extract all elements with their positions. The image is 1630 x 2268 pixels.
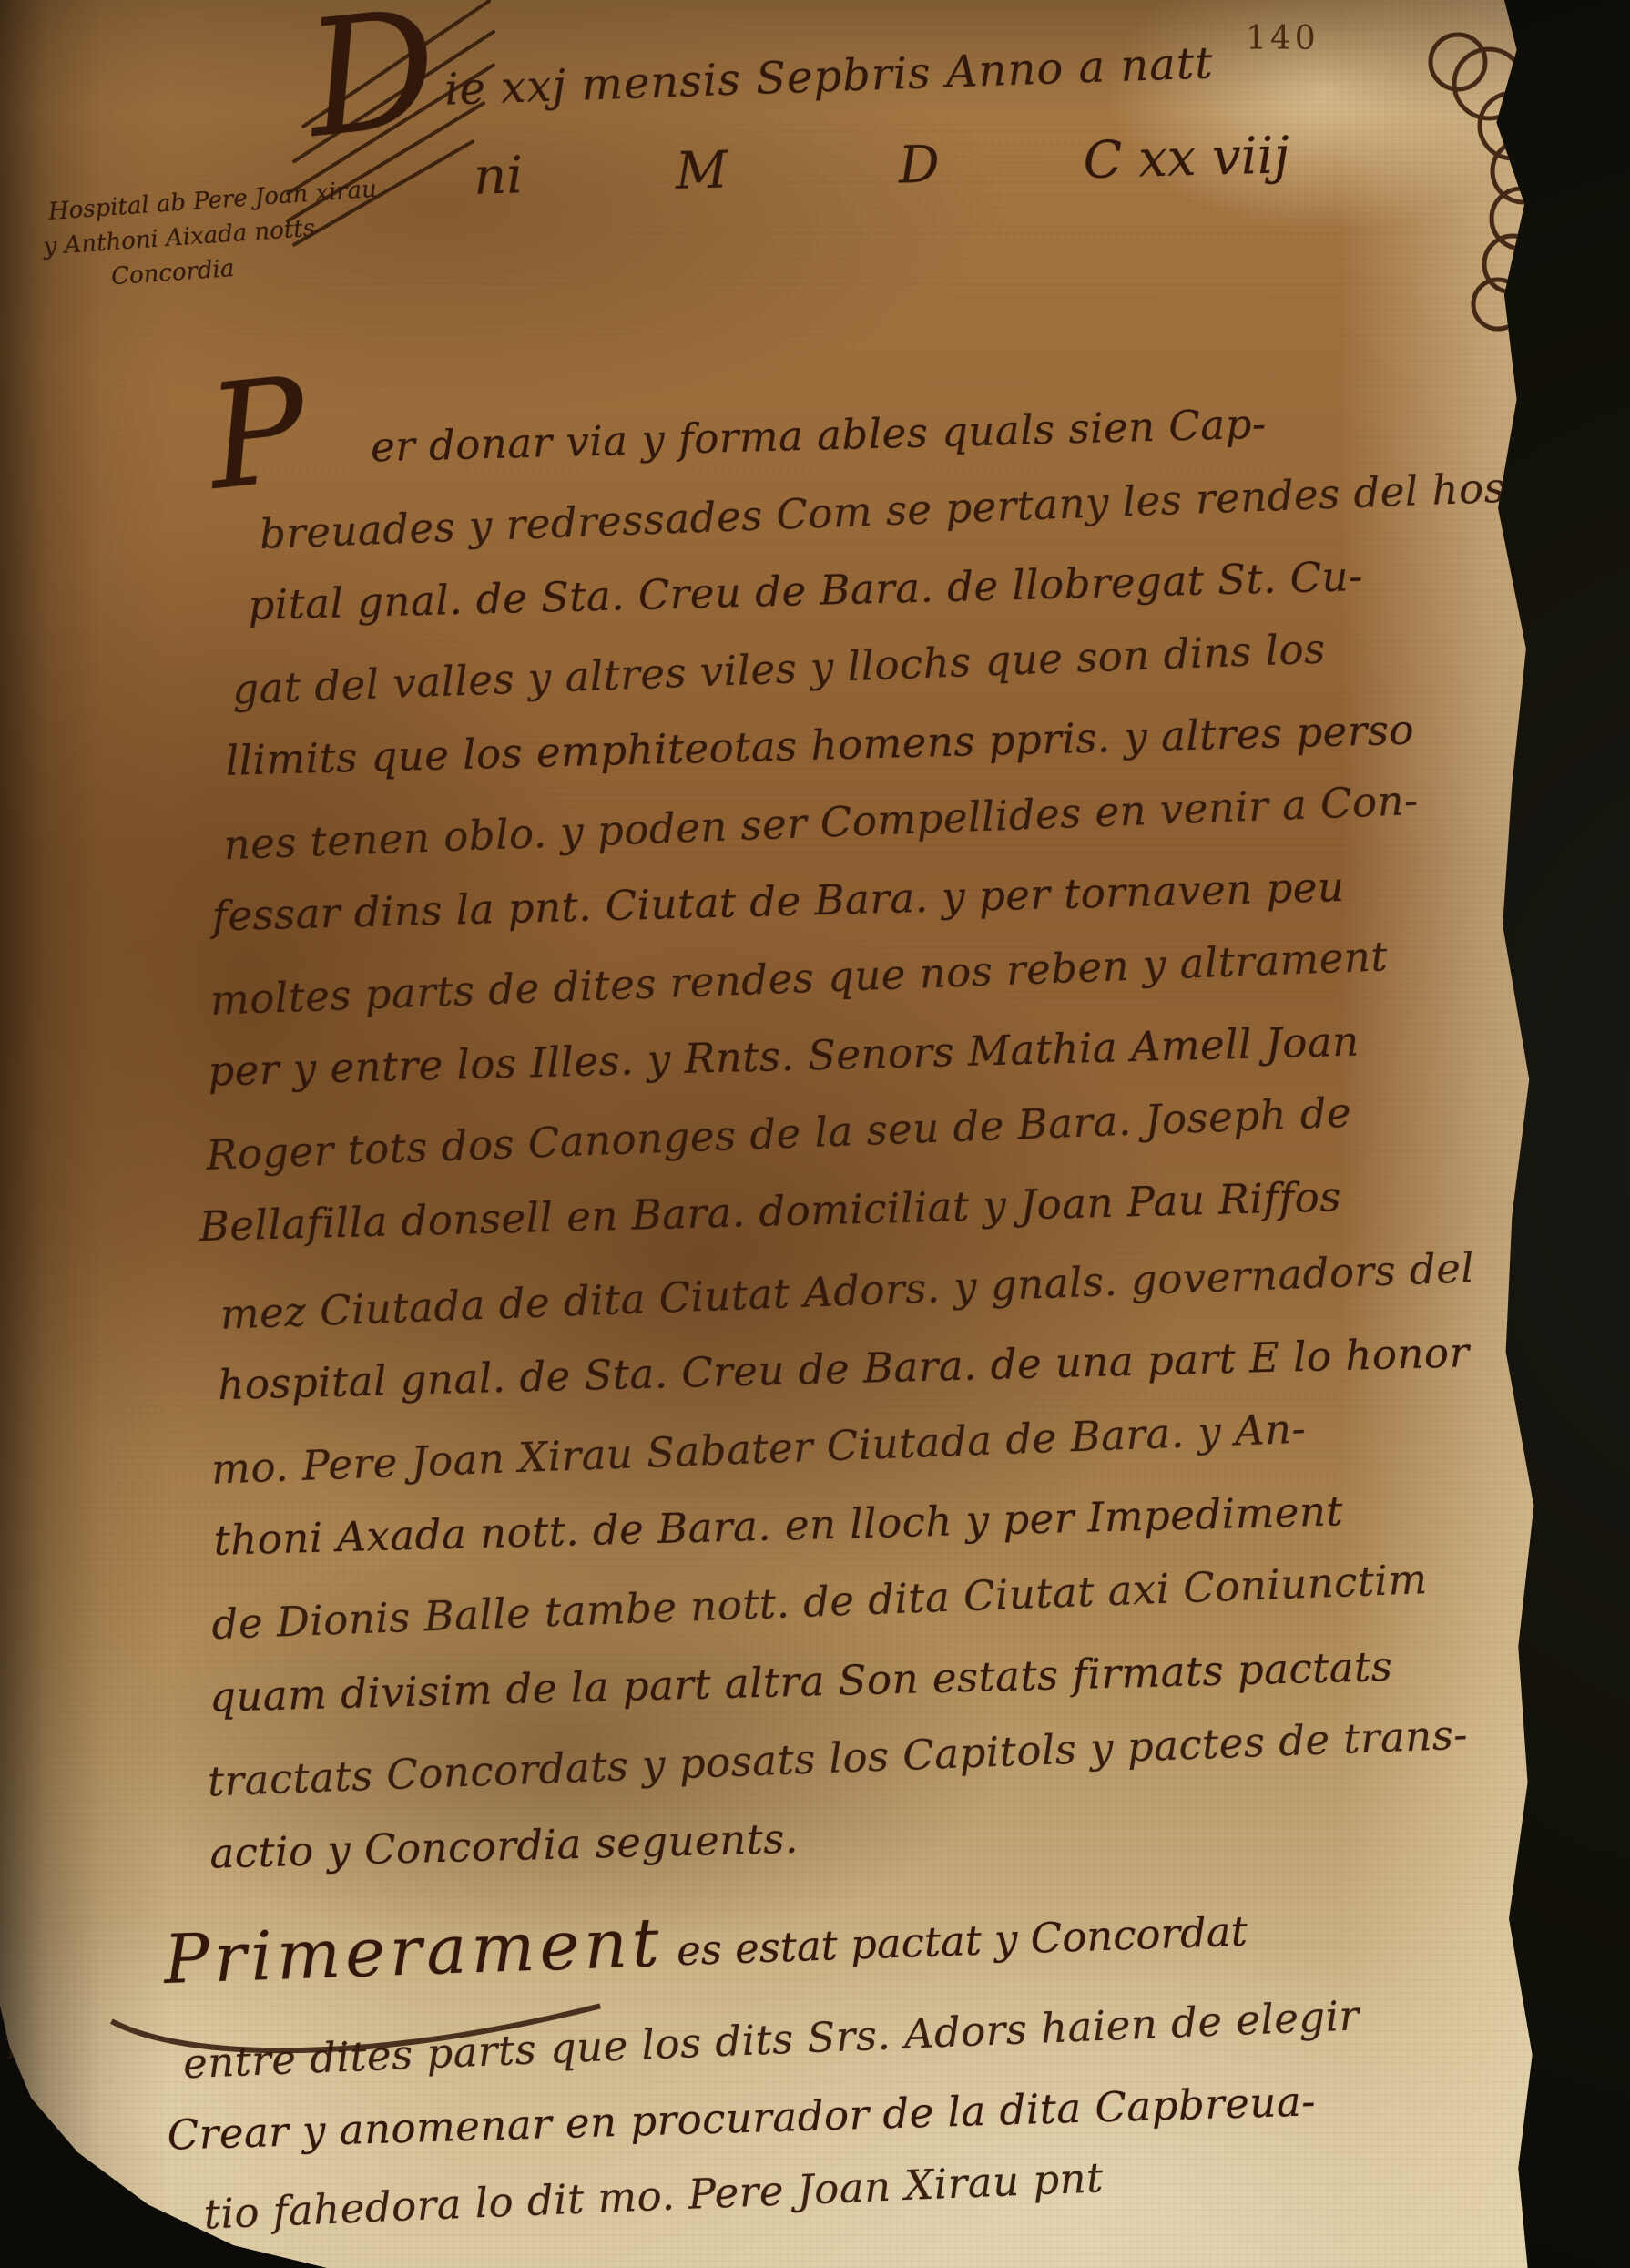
- margin-note-line: Concordia: [110, 255, 235, 291]
- body-line: breuades y redressades Com se pertany le…: [259, 463, 1521, 558]
- header-word-d: D: [898, 135, 941, 195]
- manuscript-photo: 1 140 D ie xxj mensis Sepbris Anno: [0, 0, 1630, 2268]
- header-line-1: ie xxj mensis Sepbris Anno a natt: [443, 37, 1214, 115]
- date-header: D ie xxj mensis Sepbris Anno a natt ni M…: [291, 7, 1439, 244]
- body-line: mo. Pere Joan Xirau Sabater Ciutada de B…: [210, 1405, 1307, 1494]
- body-line: mez Ciutada de dita Ciutat Adors. y gnal…: [219, 1243, 1475, 1339]
- manuscript-page: 140 D ie xxj mensis Sepbris Anno a natt: [0, 0, 1557, 2268]
- body-line: fessar dins la pnt. Ciutat de Bara. y pe…: [211, 863, 1345, 941]
- header-word-year: C xx viij: [1083, 126, 1290, 190]
- body-line: nes tenen oblo. y poden ser Compellides …: [223, 776, 1420, 869]
- body-line: Roger tots dos Canonges de la seu de Bar…: [205, 1088, 1352, 1180]
- para2-lead-word: Primerament: [163, 1904, 665, 1999]
- para2-line: tio fahedora lo dit mo. Pere Joan Xirau …: [203, 2153, 1105, 2238]
- body-line: Bellafilla donsell en Bara. domiciliat y…: [199, 1172, 1341, 1251]
- para2-lead-rest: es estat pactat y Concordat: [663, 1906, 1248, 1975]
- body-line: de Dionis Balle tambe nott. de dita Ciut…: [211, 1555, 1429, 1649]
- body-line: pital gnal. de Sta. Creu de Bara. de llo…: [248, 552, 1364, 629]
- body-paragraph: P er donar via y forma ables quals sien …: [137, 350, 1465, 392]
- para2-line: Crear y anomenar en procurador de la dit…: [167, 2077, 1317, 2159]
- body-line: per y entre los Illes. y Rnts. Senors Ma…: [208, 1017, 1360, 1095]
- body-line: er donar via y forma ables quals sien Ca…: [370, 400, 1267, 472]
- body-line: thoni Axada nott. de Bara. en lloch y pe…: [213, 1486, 1344, 1564]
- flourished-initial-d: D: [300, 0, 444, 161]
- para2-lead-line: Primerament es estat pactat y Concordat: [163, 1883, 1248, 1998]
- header-line-2: ni M D C xx viij: [473, 126, 1290, 206]
- body-line: gat del valles y altres viles y llochs q…: [231, 624, 1326, 713]
- header-word-m: M: [675, 140, 728, 200]
- body-line: actio y Concordia seguents.: [209, 1814, 800, 1878]
- body-initial-p: P: [202, 358, 313, 511]
- body-line: tractats Concordats y posats los Capitol…: [207, 1711, 1469, 1806]
- body-line: llimits que los emphiteotas homens ppris…: [225, 706, 1415, 785]
- body-line: quam divisim de la part altra Son estats…: [209, 1642, 1393, 1721]
- body-line: moltes parts de dites rendes que nos reb…: [209, 932, 1389, 1024]
- header-word-dni: ni: [473, 146, 524, 206]
- body-line: hospital gnal. de Sta. Creu de Bara. de …: [218, 1328, 1471, 1409]
